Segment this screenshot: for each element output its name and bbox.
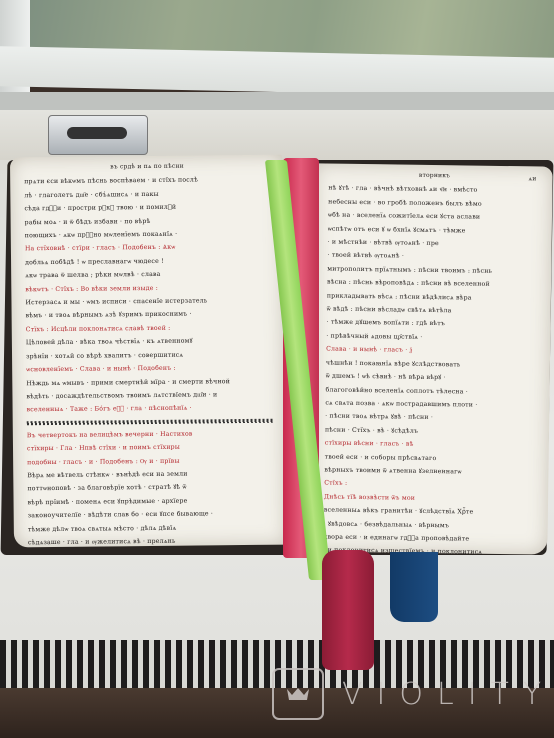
crown-icon bbox=[286, 687, 310, 701]
ornament-divider bbox=[27, 418, 273, 425]
photo-scene: въ срдѣ и пѧ по пѣсни прѧти єси вѣкѡмъ п… bbox=[0, 0, 554, 738]
page-header: въ срдѣ и пѧ по пѣсни bbox=[24, 159, 270, 175]
window-latch bbox=[48, 115, 148, 155]
ribbon-bookmark-maroon bbox=[322, 550, 374, 670]
violity-watermark: VIOLITY bbox=[272, 668, 554, 720]
page-number: ѧи bbox=[528, 172, 536, 186]
watermark-logo bbox=[272, 668, 324, 720]
book-left-page: въ срдѣ и пѧ по пѣсни прѧти єси вѣкѡмъ п… bbox=[10, 155, 286, 548]
window-track bbox=[0, 92, 554, 112]
watermark-text: VIOLITY bbox=[342, 677, 554, 712]
book-right-page: вторникъ ѧи нѣ ꙋтѣ · гла · вѣчнѣ вѣтховн… bbox=[309, 163, 552, 554]
ribbon-bookmark-blue bbox=[390, 552, 438, 622]
text-line: вселенныѧ · Таже : Бо́гъ еⷭ҇ · гла · пѣс… bbox=[27, 401, 273, 417]
